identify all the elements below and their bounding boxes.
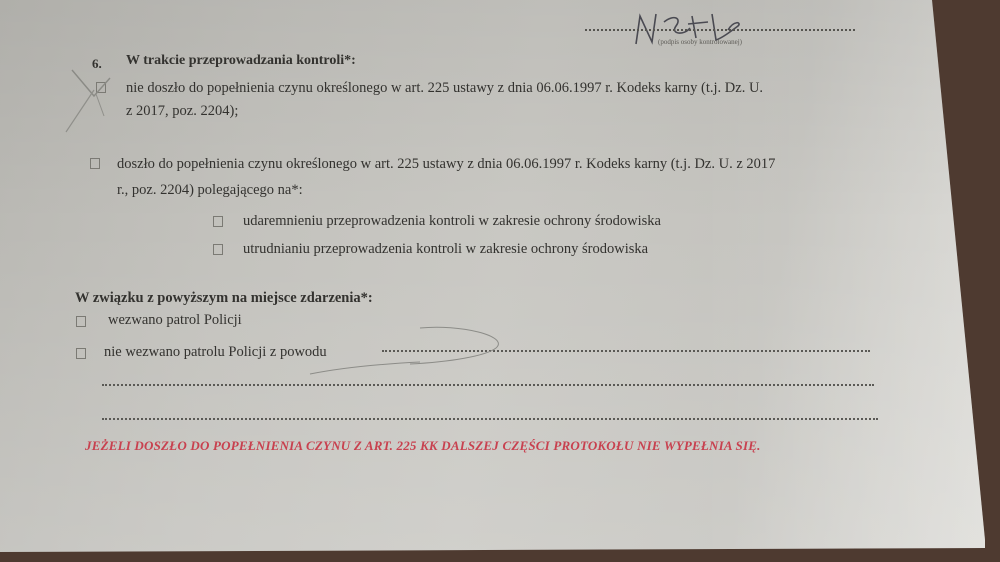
checkmark-icon [64, 66, 124, 136]
police-section-title: W związku z powyższym na miejsce zdarzen… [75, 290, 373, 307]
checkbox-obstruction[interactable] [213, 216, 223, 227]
warning-note: JEŻELI DOSZŁO DO POPEŁNIENIA CZYNU Z ART… [85, 438, 761, 454]
checkbox-police-called[interactable] [76, 316, 86, 327]
reason-field-line3[interactable] [102, 418, 878, 420]
checkbox-offence[interactable] [90, 158, 100, 169]
checkbox-police-not-called[interactable] [76, 348, 86, 359]
option-police-called: wezwano patrol Policji [108, 312, 242, 329]
sub-option-obstruction: udaremnieniu przeprowadzenia kontroli w … [243, 213, 661, 230]
checkbox-hindering[interactable] [213, 244, 223, 255]
section-title: W trakcie przeprowadzania kontroli*: [126, 53, 356, 69]
option-police-not-called: nie wezwano patrolu Policji z powodu [104, 344, 327, 361]
signature-line[interactable] [585, 29, 855, 31]
option-no-offence-line1: nie doszło do popełnienia czynu określon… [126, 80, 763, 97]
option-offence-line1: doszło do popełnienia czynu określonego … [117, 156, 775, 173]
option-no-offence-line2: z 2017, poz. 2204); [126, 103, 238, 120]
signature-caption: (podpis osoby kontrolowanej) [658, 38, 742, 46]
sub-option-hindering: utrudnianiu przeprowadzenia kontroli w z… [243, 241, 648, 258]
option-offence-line2: r., poz. 2204) polegającego na*: [117, 182, 303, 199]
document-page: (podpis osoby kontrolowanej) 6. W trakci… [0, 0, 1000, 562]
pen-stroke-mark [300, 318, 520, 388]
